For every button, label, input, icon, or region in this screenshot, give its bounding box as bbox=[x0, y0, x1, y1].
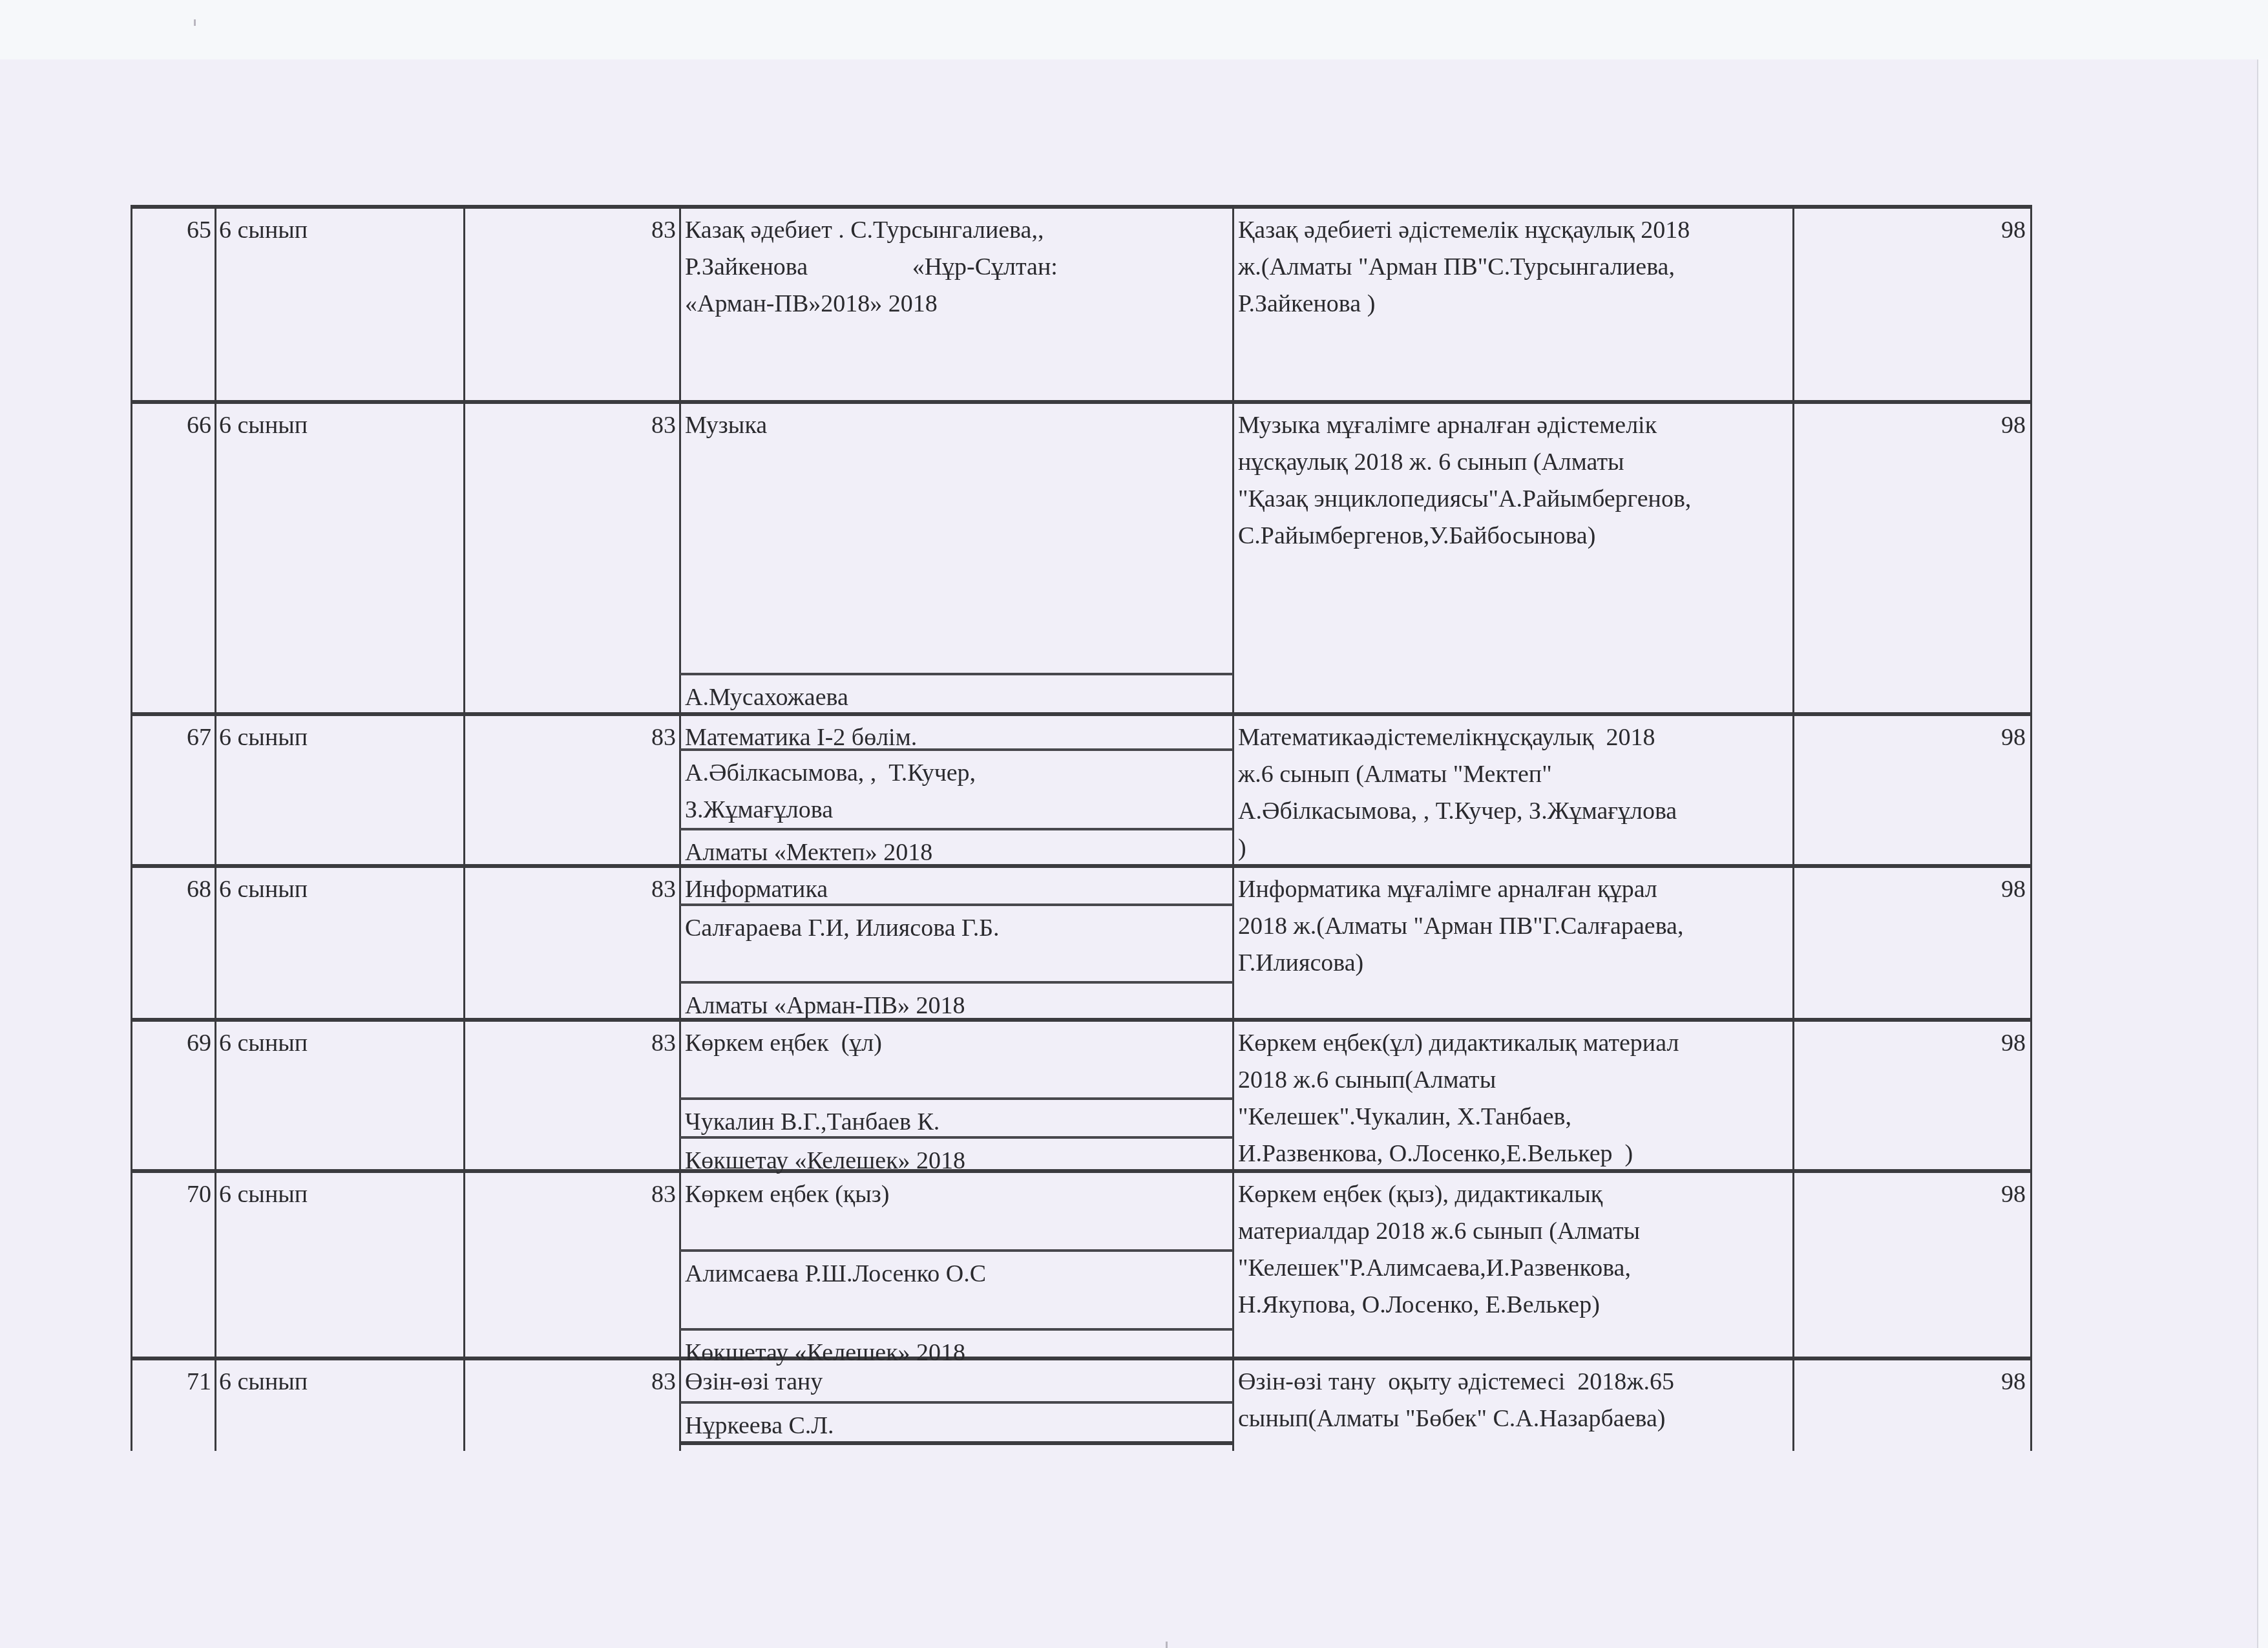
grade-cell: 6 сынып bbox=[219, 871, 461, 908]
textbook-title: Математика І-2 бөлім. bbox=[685, 719, 1229, 756]
textbook-authors: А.Мусахожаева bbox=[685, 679, 1229, 716]
student-count: 83 bbox=[464, 407, 676, 444]
textbook-authors: Чукалин В.Г.,Танбаев К. bbox=[685, 1104, 1229, 1141]
column-border bbox=[2030, 205, 2032, 1451]
row-number: 65 bbox=[131, 212, 211, 249]
textbook-authors: Нұркеева С.Л. bbox=[685, 1408, 1229, 1444]
grade-cell: 6 сынып bbox=[219, 1176, 461, 1213]
textbook-authors: Алимсаева Р.Ш.Лосенко О.С bbox=[685, 1256, 1229, 1293]
teacher-guide: Информатика мұғалімге арналған құрал 201… bbox=[1238, 871, 1789, 982]
textbook-publisher: Көкшетау «Келешек» 2018 bbox=[685, 1143, 1229, 1179]
teacher-guide: Көркем еңбек (қыз), дидактикалық материа… bbox=[1238, 1176, 1789, 1324]
student-count: 83 bbox=[464, 212, 676, 249]
row-number: 68 bbox=[131, 871, 211, 908]
row-number: 66 bbox=[131, 407, 211, 444]
student-count: 83 bbox=[464, 719, 676, 756]
subrow-border bbox=[680, 1328, 1233, 1331]
student-count: 83 bbox=[464, 871, 676, 908]
subrow-border bbox=[680, 1097, 1233, 1100]
textbook-title: Казақ әдебиет . С.Турсынгалиева,, Р.Зайк… bbox=[685, 212, 1229, 322]
textbook-authors: Салғараева Г.И, Илиясова Г.Б. bbox=[685, 910, 1229, 947]
grade-cell: 6 сынып bbox=[219, 1364, 461, 1400]
textbook-title: Өзін-өзі тану bbox=[685, 1364, 1229, 1400]
student-count: 83 bbox=[464, 1176, 676, 1213]
guide-count: 98 bbox=[1793, 1176, 2026, 1213]
subrow-border bbox=[680, 981, 1233, 984]
textbook-table: 656 сынып83Казақ әдебиет . С.Турсынгалие… bbox=[0, 0, 2268, 1648]
guide-count: 98 bbox=[1793, 719, 2026, 756]
subrow-border bbox=[680, 1401, 1233, 1404]
student-count: 83 bbox=[464, 1364, 676, 1400]
grade-cell: 6 сынып bbox=[219, 212, 461, 249]
column-border bbox=[1792, 205, 1794, 1451]
grade-cell: 6 сынып bbox=[219, 719, 461, 756]
guide-count: 98 bbox=[1793, 1025, 2026, 1062]
row-number: 71 bbox=[131, 1364, 211, 1400]
teacher-guide: Қазақ әдебиеті әдістемелік нұсқаулық 201… bbox=[1238, 212, 1789, 322]
textbook-title: Көркем еңбек (қыз) bbox=[685, 1176, 1229, 1213]
textbook-authors: А.Әбілкасымова, , Т.Кучер, З.Жұмағұлова bbox=[685, 755, 1229, 829]
subrow-border bbox=[680, 673, 1233, 675]
row-number: 67 bbox=[131, 719, 211, 756]
column-border bbox=[131, 205, 132, 1451]
row-border bbox=[131, 400, 2031, 404]
textbook-title: Музыка bbox=[685, 407, 1229, 444]
row-border bbox=[131, 205, 2031, 209]
subrow-border bbox=[680, 1249, 1233, 1252]
teacher-guide: Көркем еңбек(ұл) дидактикалық материал 2… bbox=[1238, 1025, 1789, 1172]
row-number: 70 bbox=[131, 1176, 211, 1213]
guide-count: 98 bbox=[1793, 871, 2026, 908]
grade-cell: 6 сынып bbox=[219, 407, 461, 444]
student-count: 83 bbox=[464, 1025, 676, 1062]
teacher-guide: Өзін-өзі тану оқыту әдістемесі 2018ж.65 … bbox=[1238, 1364, 1789, 1437]
column-border bbox=[463, 205, 465, 1451]
teacher-guide: Математикаәдістемелікнұсқаулық 2018 ж.6 … bbox=[1238, 719, 1789, 867]
column-border bbox=[215, 205, 216, 1451]
textbook-publisher: Алматы «Мектеп» 2018 bbox=[685, 834, 1229, 871]
guide-count: 98 bbox=[1793, 212, 2026, 249]
textbook-title: Көркем еңбек (ұл) bbox=[685, 1025, 1229, 1062]
textbook-title: Информатика bbox=[685, 871, 1229, 908]
grade-cell: 6 сынып bbox=[219, 1025, 461, 1062]
row-number: 69 bbox=[131, 1025, 211, 1062]
guide-count: 98 bbox=[1793, 407, 2026, 444]
teacher-guide: Музыка мұғалімге арналған әдістемелік нұ… bbox=[1238, 407, 1789, 555]
textbook-publisher: Алматы «Арман-ПВ» 2018 bbox=[685, 988, 1229, 1024]
guide-count: 98 bbox=[1793, 1364, 2026, 1400]
